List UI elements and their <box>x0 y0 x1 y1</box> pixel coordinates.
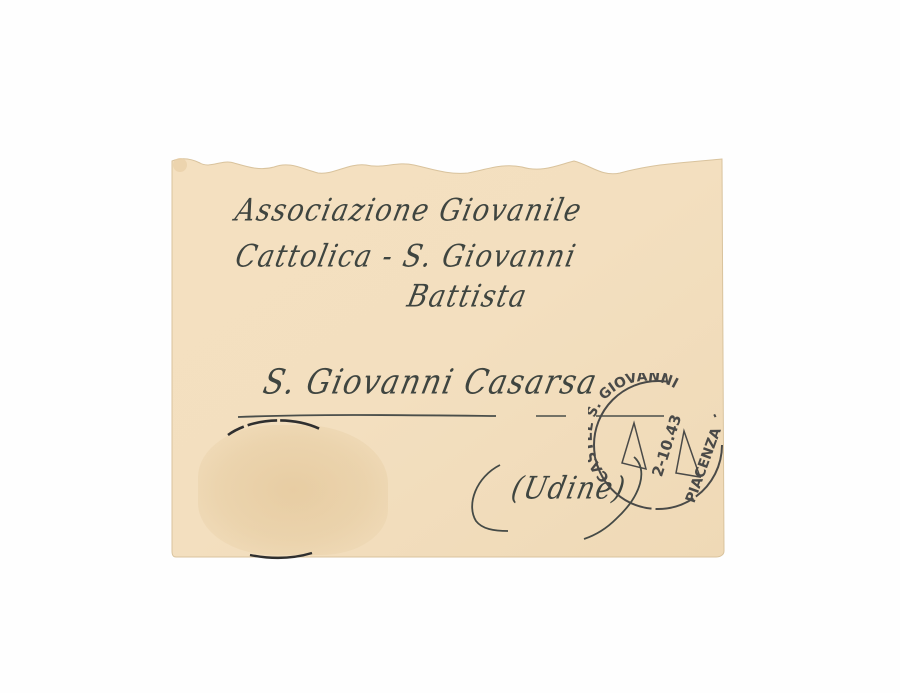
address-line-1: Associazione Giovanile <box>232 193 585 229</box>
envelope: Associazione Giovanile Cattolica - S. Gi… <box>170 155 726 558</box>
cancellation-arc-marks <box>220 413 340 563</box>
address-line-3: Battista <box>404 279 531 315</box>
address-line-2: Cattolica - S. Giovanni <box>232 239 579 275</box>
handwritten-parentheses <box>466 455 656 555</box>
scan-background: Associazione Giovanile Cattolica - S. Gi… <box>0 0 900 693</box>
address-line-4: S. Giovanni Casarsa <box>260 362 602 402</box>
